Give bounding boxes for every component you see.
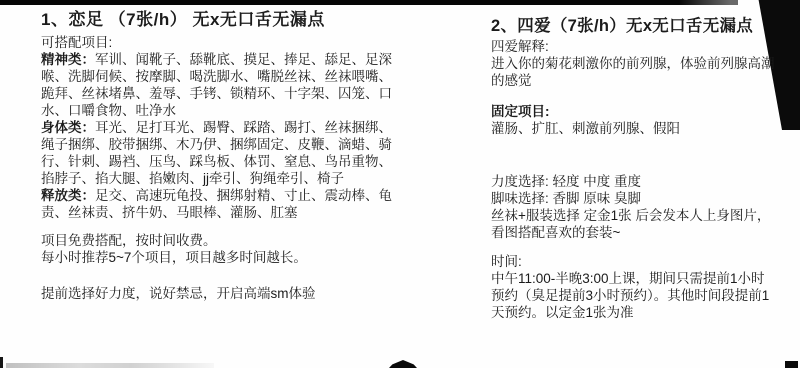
section-2-column: 2、四爱（7张/h）无x无口舌无漏点 四爱解释: 进入你的菊花刺激你的前列腺，体… — [491, 16, 778, 321]
section-1-subtitle: 可搭配项目: — [41, 34, 398, 51]
category-mental: 精神类：军训、闻靴子、舔靴底、摸足、捧足、舔足、足深喉、洗脚伺候、按摩脚、喝洗脚… — [41, 51, 398, 119]
category-release-label: 释放类： — [41, 188, 95, 203]
section-1-title: 1、恋足 （7张/h） 无x无口舌无漏点 — [41, 10, 398, 30]
outfit-options: 丝袜+服装选择 定金1张 后会发本人上身图片，看图搭配喜欢的套装~ — [491, 207, 778, 241]
fixed-items-label: 固定项目: — [491, 103, 778, 120]
bottom-triangle-mark — [389, 360, 417, 368]
category-body-label: 身体类： — [41, 120, 95, 135]
intensity-options: 力度选择: 轻度 中度 重度 — [491, 173, 778, 190]
bottom-right-black-mark — [785, 361, 798, 368]
pricing-line-1: 项目免费搭配，按时间收费。 — [41, 232, 398, 249]
foot-scent-options: 脚味选择: 香脚 原味 臭脚 — [491, 190, 778, 207]
category-mental-label: 精神类： — [41, 52, 95, 67]
section-2-title: 2、四爱（7张/h）无x无口舌无漏点 — [491, 16, 778, 36]
options-block: 力度选择: 轻度 中度 重度 脚味选择: 香脚 原味 臭脚 丝袜+服装选择 定金… — [491, 173, 778, 241]
time-label: 时间: — [491, 253, 778, 270]
bottom-left-edge-mark — [0, 357, 3, 368]
section-1-column: 1、恋足 （7张/h） 无x无口舌无漏点 可搭配项目: 精神类：军训、闻靴子、舔… — [41, 10, 398, 302]
fixed-items-text: 灌肠、扩肛、刺激前列腺、假阳 — [491, 120, 778, 137]
pricing-line-2: 每小时推荐5~7个项目，项目越多时间越长。 — [41, 249, 398, 266]
document-page: 1、恋足 （7张/h） 无x无口舌无漏点 可搭配项目: 精神类：军训、闻靴子、舔… — [0, 0, 800, 368]
time-text: 中午11:00-半晚3:00上课，期间只需提前1小时预约（臭足提前3小时预约）。… — [491, 270, 778, 321]
category-body: 身体类：耳光、足打耳光、踢臀、踩踏、踢打、丝袜捆绑、绳子捆绑、胶带捆绑、木乃伊、… — [41, 119, 398, 187]
bottom-cutoff-text-smudge — [6, 363, 214, 368]
explain-label: 四爱解释: — [491, 38, 778, 55]
top-border-bar — [0, 0, 738, 5]
explain-text: 进入你的菊花刺激你的前列腺，体验前列腺高潮的感觉 — [491, 55, 778, 89]
section-1-note: 提前选择好力度，说好禁忌，开启高端sm体验 — [41, 285, 398, 302]
category-release: 释放类：足交、高速玩龟投、捆绑射精、寸止、震动棒、龟责、丝袜责、挤牛奶、马眼棒、… — [41, 187, 398, 221]
